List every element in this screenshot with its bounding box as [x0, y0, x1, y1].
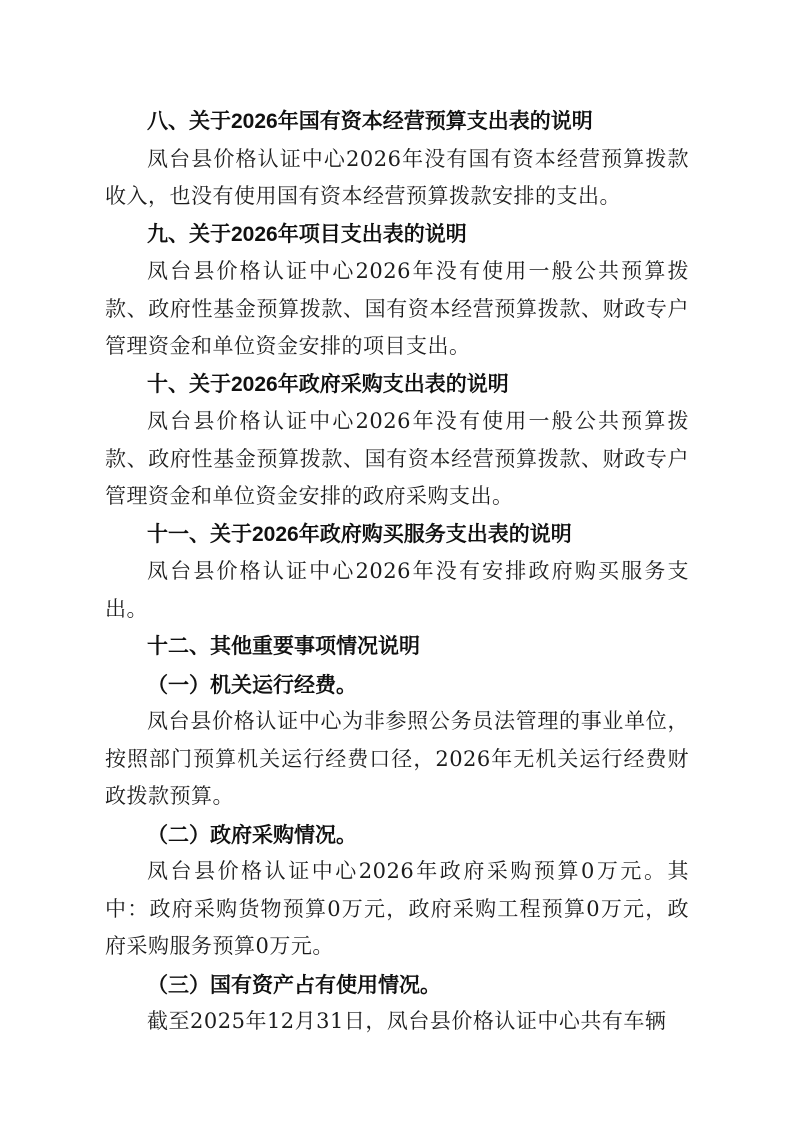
section-8-paragraph: 凤台县价格认证中心2026年没有国有资本经营预算拨款收入，也没有使用国有资本经营… [105, 141, 689, 216]
section-9-paragraph: 凤台县价格认证中心2026年没有使用一般公共预算拨款、政府性基金预算拨款、国有资… [105, 253, 689, 366]
section-heading-11: 十一、关于2026年政府购买服务支出表的说明 [105, 516, 689, 554]
subsection-12-1-paragraph: 凤台县价格认证中心为非参照公务员法管理的事业单位，按照部门预算机关运行经费口径，… [105, 703, 689, 816]
subsection-heading-12-2: （二）政府采购情况。 [105, 816, 689, 854]
section-heading-8: 八、关于2026年国有资本经营预算支出表的说明 [105, 103, 689, 141]
section-11-paragraph: 凤台县价格认证中心2026年没有安排政府购买服务支出。 [105, 553, 689, 628]
section-heading-12: 十二、其他重要事项情况说明 [105, 628, 689, 666]
subsection-heading-12-1: （一）机关运行经费。 [105, 666, 689, 704]
section-heading-10: 十、关于2026年政府采购支出表的说明 [105, 366, 689, 404]
section-10-paragraph: 凤台县价格认证中心2026年没有使用一般公共预算拨款、政府性基金预算拨款、国有资… [105, 403, 689, 516]
subsection-12-3-paragraph: 截至2025年12月31日，凤台县价格认证中心共有车辆 [105, 1003, 689, 1041]
subsection-heading-12-3: （三）国有资产占有使用情况。 [105, 966, 689, 1004]
subsection-12-2-paragraph: 凤台县价格认证中心2026年政府采购预算0万元。其中：政府采购货物预算0万元，政… [105, 853, 689, 966]
document-body: 八、关于2026年国有资本经营预算支出表的说明 凤台县价格认证中心2026年没有… [105, 103, 689, 1041]
document-page: 八、关于2026年国有资本经营预算支出表的说明 凤台县价格认证中心2026年没有… [0, 0, 793, 1122]
section-heading-9: 九、关于2026年项目支出表的说明 [105, 216, 689, 254]
